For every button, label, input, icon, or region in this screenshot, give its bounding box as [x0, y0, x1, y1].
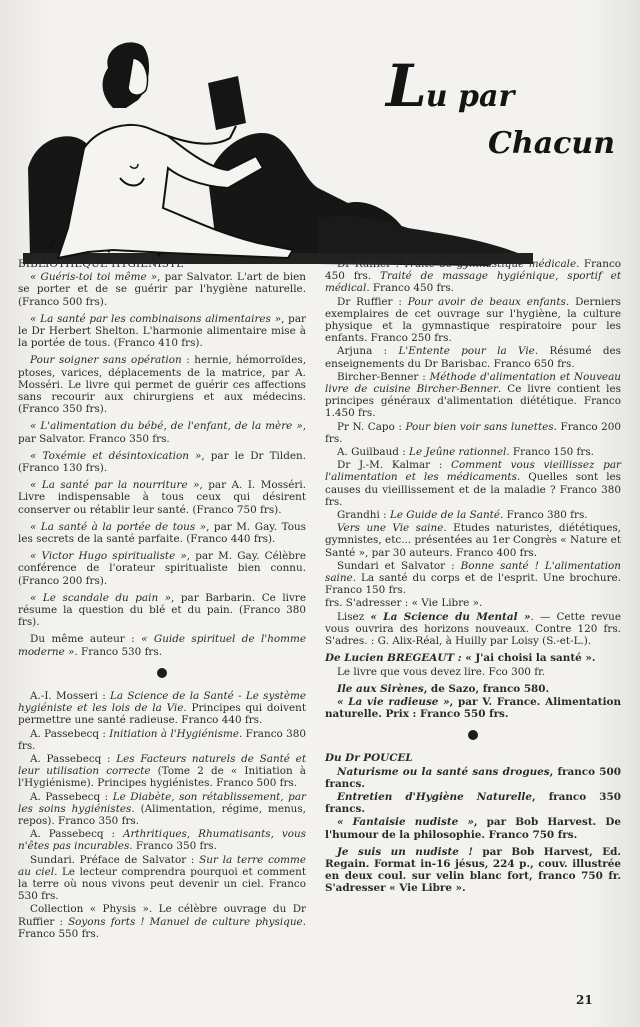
book-author: A.-I. Mosseri :: [30, 690, 110, 702]
book-title: Ile aux Sirènes: [337, 683, 424, 695]
book-author: A. Passebecq :: [30, 791, 113, 803]
book-author: Dr Ruffier :: [337, 258, 403, 270]
book-title: « La santé par les combinaisons alimenta…: [30, 313, 281, 325]
book-title: Soyons forts ! Manuel de culture physiqu…: [68, 916, 303, 928]
poucel-heading: Du Dr POUCEL: [325, 752, 621, 764]
book-entry: A. Passebecq : Arthritiques, Rhumatisant…: [18, 828, 306, 852]
address-line: frs. S'adresser : « Vie Libre ».: [325, 597, 621, 609]
book-title: « La santé par la nourriture »: [30, 479, 199, 491]
book-entry: Arjuna : L'Entente pour la Vie. Résumé d…: [325, 345, 621, 369]
book-title: « Fantaisie nudiste »: [337, 816, 474, 828]
book-author: Arjuna :: [337, 345, 399, 357]
book-description: . Franco 350 frs.: [129, 840, 217, 852]
section-separator-dot: [157, 668, 167, 678]
book-title: Entretien d'Hygiène Naturelle: [337, 791, 532, 803]
book-title: Vers une Vie saine: [337, 522, 443, 534]
book-entry: A. Passebecq : Initiation à l'Hygiénisme…: [18, 728, 306, 752]
book-entry: « Victor Hugo spiritualiste », par M. Ga…: [18, 550, 306, 587]
poucel-items: Naturisme ou la santé sans drogues, fran…: [325, 766, 621, 816]
book-title: « Guéris-toi toi même »: [30, 271, 157, 283]
left-heading: BIBLIOTHEQUE HYGIENISTE: [18, 258, 306, 270]
book-title: Pour soigner sans opération: [30, 354, 182, 366]
book-entry: « Le scandale du pain », par Barbarin. C…: [18, 592, 306, 629]
book-entry: Dr Ruffier : Pour avoir de beaux enfants…: [325, 296, 621, 345]
book-author: Dr J.-M. Kalmar :: [337, 459, 451, 471]
book-author: Bircher-Benner :: [337, 371, 430, 383]
book-entry: « Guéris-toi toi même », par Salvator. L…: [18, 271, 306, 308]
book-entry: Du même auteur : « Guide spirituel de l'…: [18, 633, 306, 657]
book-entry: Naturisme ou la santé sans drogues, fran…: [325, 766, 621, 790]
entry-bregeaut-line2: Le livre que vous devez lire. Fco 300 fr…: [325, 666, 621, 678]
page-header: Lu par Chacun: [18, 28, 618, 248]
book-title: Traité de gymnastique médicale: [403, 258, 576, 270]
book-description: . Franco 380 frs.: [500, 509, 588, 521]
title-initial: L: [386, 52, 426, 120]
book-author: Sundari. Préface de Salvator :: [30, 854, 199, 866]
left-column: BIBLIOTHEQUE HYGIENISTE « Guéris-toi toi…: [18, 258, 306, 941]
book-author: Dr Ruffier :: [337, 296, 408, 308]
book-entry: Pr N. Capo : Pour bien voir sans lunette…: [325, 421, 621, 445]
right-entries: Dr Ruffier : Traité de gymnastique médic…: [325, 258, 621, 596]
section-separator-dot: [468, 730, 478, 740]
book-description: . Franco 150 frs.: [506, 446, 594, 458]
book-title: « L'alimentation du bébé, de l'enfant, d…: [30, 420, 303, 432]
entry-vie-radieuse: « La vie radieuse », par V. France. Alim…: [325, 696, 621, 720]
book-entry: « La santé par les combinaisons alimenta…: [18, 313, 306, 350]
book-title: « La santé à la portée de tous »: [30, 521, 206, 533]
book-author: Pr N. Capo :: [337, 421, 405, 433]
magazine-page: Lu par Chacun BIBLIOTHEQUE HYGIENISTE « …: [0, 0, 640, 1027]
title-line1-rest: u par: [426, 79, 514, 114]
book-title: « La vie radieuse »: [337, 696, 450, 708]
book-title: « Toxémie et désintoxication »: [30, 450, 201, 462]
book-author: A. Guilbaud :: [337, 446, 409, 458]
book-description: . Franco 450 frs.: [366, 282, 454, 294]
book-entry: Sundari et Salvator : Bonne santé ! L'al…: [325, 560, 621, 597]
book-entry: Entretien d'Hygiène Naturelle, franco 35…: [325, 791, 621, 815]
book-title: « J'ai choisi la santé ».: [462, 652, 596, 664]
book-title: Le Guide de la Santé: [390, 509, 500, 521]
section-title-line2: Chacun: [488, 126, 615, 161]
book-author: A. Passebecq :: [30, 753, 116, 765]
book-author: Grandhi :: [337, 509, 390, 521]
book-description: . Franco 530 frs.: [74, 646, 162, 658]
book-entry: « Toxémie et désintoxication », par le D…: [18, 450, 306, 474]
section-title-line1: Lu par: [386, 52, 514, 120]
book-entry: A. Passebecq : Les Facteurs naturels de …: [18, 753, 306, 790]
left-entries: « Guéris-toi toi même », par Salvator. L…: [18, 271, 306, 658]
entry-je-suis-nudiste: Je suis un nudiste ! par Bob Harvest, Ed…: [325, 846, 621, 895]
book-entry: « La santé à la portée de tous », par M.…: [18, 521, 306, 545]
book-title: Pour avoir de beaux enfants: [408, 296, 566, 308]
book-title: Initiation à l'Hygiénisme: [109, 728, 239, 740]
book-title: Je suis un nudiste !: [337, 846, 473, 858]
page-number: 21: [576, 993, 593, 1007]
book-entry: Pour soigner sans opération : hernie, hé…: [18, 354, 306, 415]
book-entry: Sundari. Préface de Salvator : Sur la te…: [18, 854, 306, 903]
book-title: « Le scandale du pain »: [30, 592, 171, 604]
book-entry: « La santé par la nourriture », par A. I…: [18, 479, 306, 516]
book-author: A. Passebecq :: [30, 728, 109, 740]
book-author: De Lucien BREGEAUT :: [325, 652, 462, 664]
book-description: . La santé du corps et de l'esprit. Une …: [325, 572, 621, 596]
book-title: Le Jeûne rationnel: [409, 446, 506, 458]
entry-sirenes: Ile aux Sirènes, de Sazo, franco 580.: [325, 683, 621, 695]
book-entry: Vers une Vie saine. Etudes naturistes, d…: [325, 522, 621, 559]
book-title: « Victor Hugo spiritualiste »: [30, 550, 187, 562]
right-column: Dr Ruffier : Traité de gymnastique médic…: [325, 258, 621, 896]
book-entry: Grandhi : Le Guide de la Santé. Franco 3…: [325, 509, 621, 521]
book-description: . Le lecteur comprendra pourquoi et comm…: [18, 866, 306, 902]
book-entry: A.-I. Mosseri : La Science de la Santé -…: [18, 690, 306, 727]
book-entry: Dr J.-M. Kalmar : Comment vous vieilliss…: [325, 459, 621, 508]
book-title: L'Entente pour la Vie: [399, 345, 535, 357]
book-entry: Dr Ruffier : Traité de gymnastique médic…: [325, 258, 621, 295]
book-entry: Bircher-Benner : Méthode d'alimentation …: [325, 371, 621, 420]
book-title: « La Science du Mental »: [370, 611, 530, 623]
book-title: Naturisme ou la santé sans drogues: [337, 766, 550, 778]
entry-fantaisie-nudiste: « Fantaisie nudiste », par Bob Harvest. …: [325, 816, 621, 840]
book-title: Pour bien voir sans lunettes: [405, 421, 553, 433]
book-entry: A. Passebecq : Le Diabète, son rétabliss…: [18, 791, 306, 828]
entry-bregeaut: De Lucien BREGEAUT : « J'ai choisi la sa…: [325, 652, 621, 664]
book-entry: Collection « Physis ». Le célèbre ouvrag…: [18, 903, 306, 940]
left-entries-2: A.-I. Mosseri : La Science de la Santé -…: [18, 690, 306, 940]
book-author: Sundari et Salvator :: [337, 560, 461, 572]
book-entry: « L'alimentation du bébé, de l'enfant, d…: [18, 420, 306, 444]
book-author: A. Passebecq :: [30, 828, 123, 840]
entry-mental: Lisez « La Science du Mental ». — Cette …: [325, 611, 621, 648]
book-entry: A. Guilbaud : Le Jeûne rationnel. Franco…: [325, 446, 621, 458]
book-author: Du même auteur :: [30, 633, 141, 645]
